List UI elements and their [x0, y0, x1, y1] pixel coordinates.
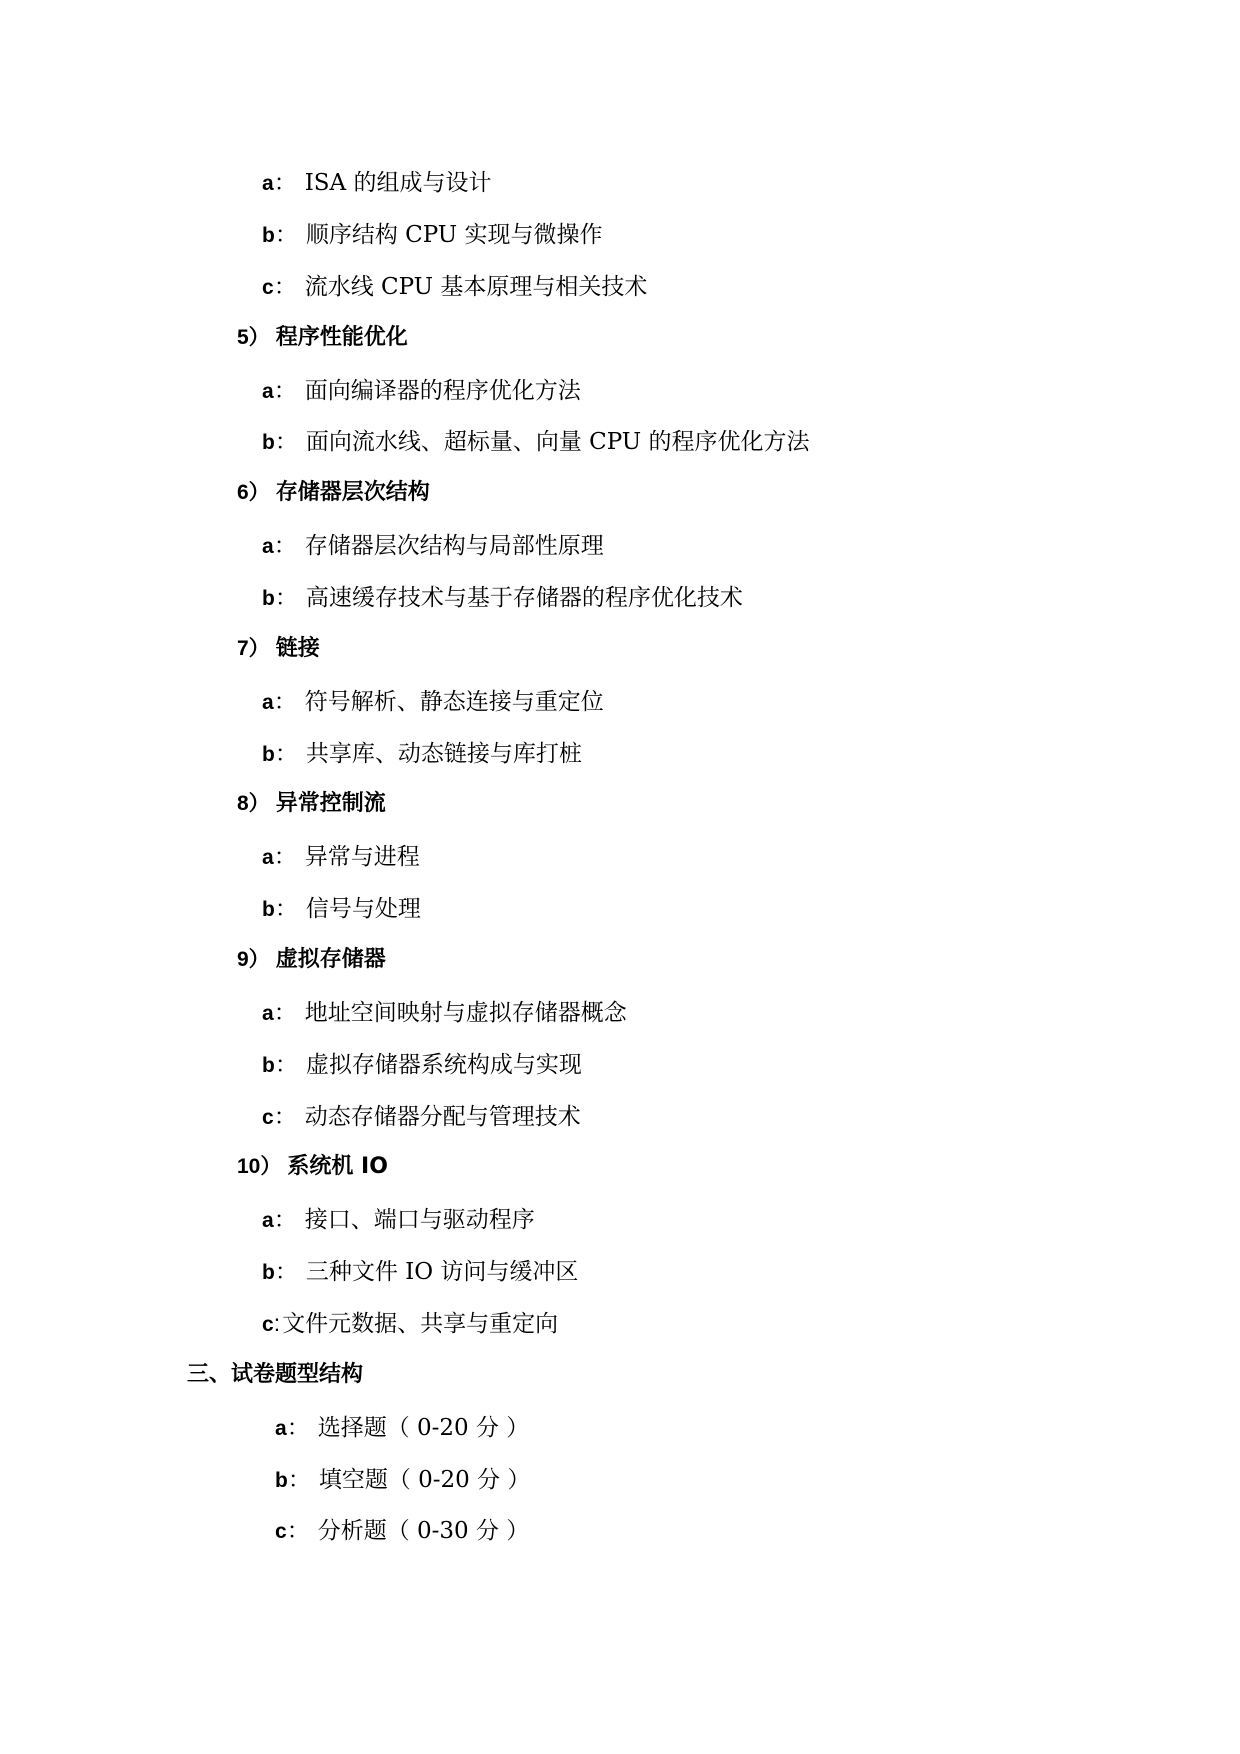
item-label: b	[262, 224, 275, 247]
item-text: 分析题（ 0-30 分 ）	[318, 1518, 530, 1544]
topic-item: c:文件元数据、共享与重定向	[262, 1308, 558, 1338]
exam-item: c：分析题（ 0-30 分 ）	[275, 1515, 529, 1545]
item-label: b	[262, 587, 275, 610]
section-title: 程序性能优化	[276, 325, 408, 350]
item-label: c	[262, 276, 274, 299]
section-number: 8）	[237, 792, 270, 815]
topic-item: b：顺序结构 CPU 实现与微操作	[262, 219, 603, 249]
topic-item: c：流水线 CPU 基本原理与相关技术	[262, 271, 647, 301]
item-label: a	[262, 846, 274, 869]
item-label: c	[275, 1520, 287, 1543]
section-number: 5）	[237, 326, 270, 349]
item-label: a	[262, 380, 274, 403]
topic-item: b：高速缓存技术与基于存储器的程序优化技术	[262, 582, 743, 612]
topic-item: b：面向流水线、超标量、向量 CPU 的程序优化方法	[262, 426, 810, 456]
item-label: a	[262, 535, 274, 558]
section-number: 6）	[237, 481, 270, 504]
topic-item: a：接口、端口与驱动程序	[262, 1204, 535, 1234]
part-heading: 三、试卷题型结构	[187, 1360, 363, 1390]
item-label: b	[262, 1261, 275, 1284]
item-label: b	[262, 898, 275, 921]
topic-item: a：存储器层次结构与局部性原理	[262, 530, 604, 560]
exam-item: a：选择题（ 0-20 分 ）	[275, 1412, 529, 1442]
item-text: 选择题（ 0-20 分 ）	[318, 1415, 530, 1441]
item-label: b	[275, 1469, 288, 1492]
section-title: 系统机 IO	[287, 1154, 388, 1179]
item-text: 顺序结构 CPU 实现与微操作	[306, 222, 603, 248]
item-text: 三种文件 IO 访问与缓冲区	[306, 1259, 579, 1285]
item-text: 面向流水线、超标量、向量 CPU 的程序优化方法	[306, 429, 810, 455]
item-label: a	[262, 1002, 274, 1025]
item-text: 符号解析、静态连接与重定位	[305, 689, 604, 715]
item-text: 虚拟存储器系统构成与实现	[306, 1052, 582, 1078]
section-title: 链接	[276, 636, 320, 661]
topic-item: a：符号解析、静态连接与重定位	[262, 686, 604, 716]
section-number: 9）	[237, 948, 270, 971]
topic-item: a：异常与进程	[262, 841, 420, 871]
section-number: 10）	[237, 1155, 281, 1178]
topic-item: c：动态存储器分配与管理技术	[262, 1101, 581, 1131]
item-label: c	[262, 1106, 274, 1129]
section-heading: 5）程序性能优化	[237, 323, 408, 353]
item-label: a	[262, 1209, 274, 1232]
topic-item: b：共享库、动态链接与库打桩	[262, 738, 582, 768]
item-label: a	[262, 172, 274, 195]
topic-item: b：三种文件 IO 访问与缓冲区	[262, 1256, 578, 1286]
item-text: 动态存储器分配与管理技术	[305, 1104, 581, 1130]
topic-item: b：虚拟存储器系统构成与实现	[262, 1049, 582, 1079]
item-label: b	[262, 1054, 275, 1077]
section-heading: 10）系统机 IO	[237, 1152, 388, 1182]
topic-item: a：面向编译器的程序优化方法	[262, 375, 581, 405]
item-text: 存储器层次结构与局部性原理	[305, 533, 604, 559]
item-text: 异常与进程	[305, 844, 420, 870]
item-text: 共享库、动态链接与库打桩	[306, 741, 582, 767]
topic-item: a：ISA 的组成与设计	[262, 167, 491, 197]
document-page: a：ISA 的组成与设计 b：顺序结构 CPU 实现与微操作 c：流水线 CPU…	[0, 0, 1240, 1754]
section-heading: 8）异常控制流	[237, 789, 386, 819]
section-title: 异常控制流	[276, 791, 386, 816]
item-label: b	[262, 743, 275, 766]
item-text: 信号与处理	[306, 896, 421, 922]
section-number: 7）	[237, 637, 270, 660]
topic-item: a：地址空间映射与虚拟存储器概念	[262, 997, 627, 1027]
item-text: 面向编译器的程序优化方法	[305, 378, 581, 404]
item-label: b	[262, 431, 275, 454]
item-text: 接口、端口与驱动程序	[305, 1207, 535, 1233]
item-text: 流水线 CPU 基本原理与相关技术	[305, 274, 648, 300]
item-label: a	[262, 691, 274, 714]
item-label: c	[262, 1313, 274, 1336]
item-text: 文件元数据、共享与重定向	[282, 1311, 558, 1337]
item-text: 地址空间映射与虚拟存储器概念	[305, 1000, 627, 1026]
section-heading: 6）存储器层次结构	[237, 478, 430, 508]
section-title: 虚拟存储器	[276, 947, 386, 972]
item-text: 填空题（ 0-20 分 ）	[319, 1467, 531, 1493]
item-text: 高速缓存技术与基于存储器的程序优化技术	[306, 585, 743, 611]
section-title: 存储器层次结构	[276, 480, 430, 505]
item-label: a	[275, 1417, 287, 1440]
exam-item: b：填空题（ 0-20 分 ）	[275, 1464, 530, 1494]
topic-item: b：信号与处理	[262, 893, 421, 923]
item-text: ISA 的组成与设计	[305, 170, 492, 196]
section-heading: 9）虚拟存储器	[237, 945, 386, 975]
section-heading: 7）链接	[237, 634, 320, 664]
